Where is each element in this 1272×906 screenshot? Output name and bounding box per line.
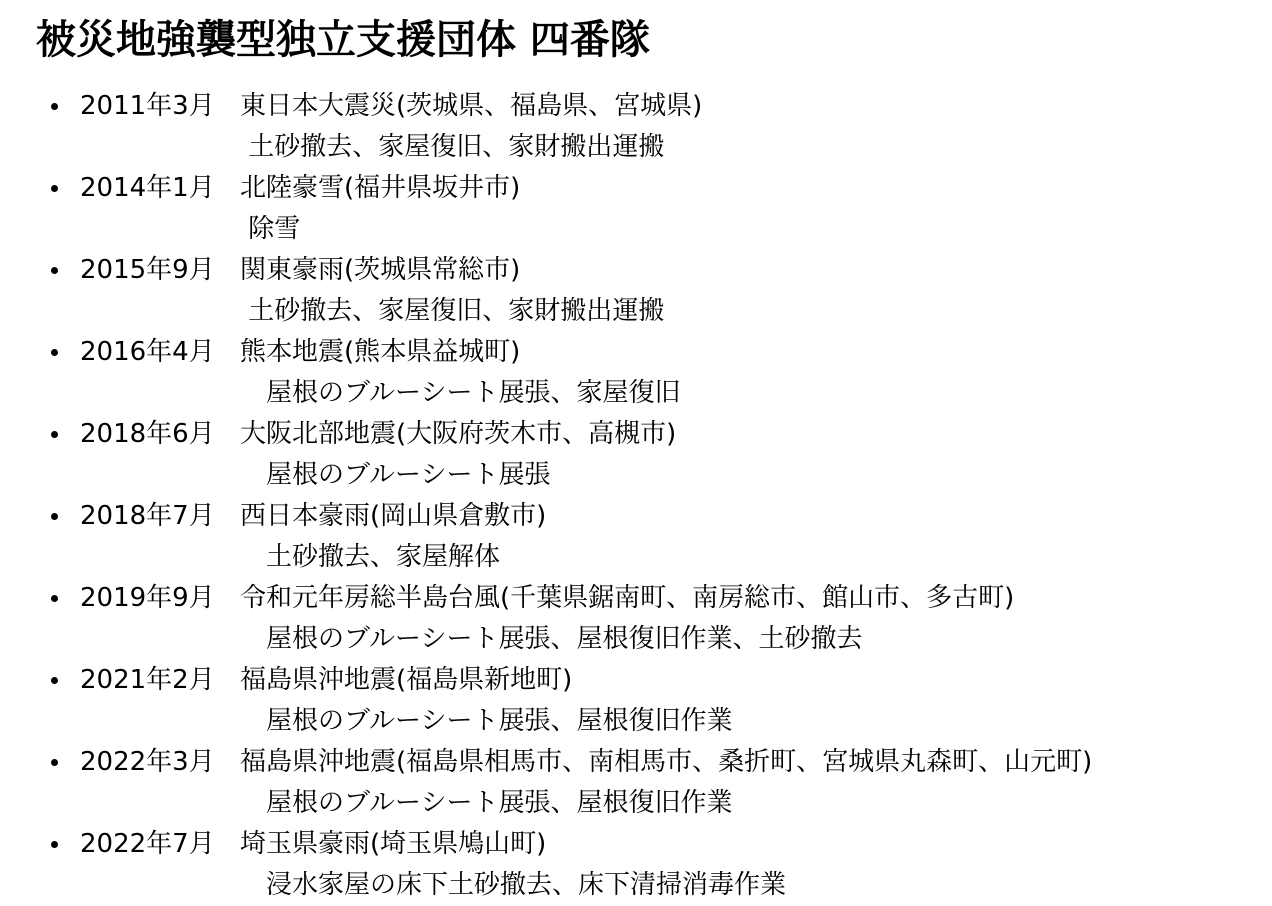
- event-line: 2011年3月東日本大震災(茨城県、福島県、宮城県): [80, 86, 1252, 127]
- event-line: 2018年6月大阪北部地震(大阪府茨木市、高槻市): [80, 414, 1252, 455]
- item-date: 2022年7月: [80, 824, 240, 865]
- item-event: 福島県沖地震(福島県相馬市、南相馬市、桑折町、宮城県丸森町、山元町): [240, 742, 1092, 783]
- item-work: 屋根のブルーシート展張: [240, 455, 1252, 496]
- event-line: 2022年3月福島県沖地震(福島県相馬市、南相馬市、桑折町、宮城県丸森町、山元町…: [80, 742, 1252, 783]
- item-event: 令和元年房総半島台風(千葉県鋸南町、南房総市、館山市、多古町): [240, 578, 1014, 619]
- activity-timeline-list: 2011年3月東日本大震災(茨城県、福島県、宮城県) 土砂撤去、家屋復旧、家財搬…: [36, 86, 1252, 906]
- timeline-item: 2022年3月福島県沖地震(福島県相馬市、南相馬市、桑折町、宮城県丸森町、山元町…: [80, 742, 1252, 824]
- bullet-icon: [51, 103, 58, 110]
- timeline-item: 2015年9月関東豪雨(茨城県常総市) 土砂撤去、家屋復旧、家財搬出運搬: [80, 250, 1252, 332]
- bullet-icon: [51, 185, 58, 192]
- item-event: 北陸豪雪(福井県坂井市): [240, 168, 520, 209]
- item-event: 関東豪雨(茨城県常総市): [240, 250, 520, 291]
- item-date: 2018年7月: [80, 496, 240, 537]
- item-event: 福島県沖地震(福島県新地町): [240, 660, 572, 701]
- bullet-icon: [51, 349, 58, 356]
- event-line: 2015年9月関東豪雨(茨城県常総市): [80, 250, 1252, 291]
- item-date: 2015年9月: [80, 250, 240, 291]
- item-work: 屋根のブルーシート展張、屋根復旧作業: [240, 783, 1252, 824]
- item-event: 熊本地震(熊本県益城町): [240, 332, 520, 373]
- item-date: 2016年4月: [80, 332, 240, 373]
- item-date: 2022年3月: [80, 742, 240, 783]
- event-line: 2022年7月埼玉県豪雨(埼玉県鳩山町): [80, 824, 1252, 865]
- timeline-item: 2014年1月北陸豪雪(福井県坂井市) 除雪: [80, 168, 1252, 250]
- timeline-item: 2016年4月熊本地震(熊本県益城町) 屋根のブルーシート展張、家屋復旧: [80, 332, 1252, 414]
- item-event: 埼玉県豪雨(埼玉県鳩山町): [240, 824, 546, 865]
- item-work: 土砂撤去、家屋復旧、家財搬出運搬: [240, 291, 1252, 332]
- timeline-item: 2022年7月埼玉県豪雨(埼玉県鳩山町) 浸水家屋の床下土砂撤去、床下清掃消毒作…: [80, 824, 1252, 906]
- bullet-icon: [51, 267, 58, 274]
- event-line: 2016年4月熊本地震(熊本県益城町): [80, 332, 1252, 373]
- item-work: 屋根のブルーシート展張、屋根復旧作業、土砂撤去: [240, 619, 1252, 660]
- item-work: 浸水家屋の床下土砂撤去、床下清掃消毒作業: [240, 865, 1252, 906]
- bullet-icon: [51, 841, 58, 848]
- event-line: 2018年7月西日本豪雨(岡山県倉敷市): [80, 496, 1252, 537]
- item-work: 除雪: [240, 209, 1252, 250]
- item-work: 屋根のブルーシート展張、屋根復旧作業: [240, 701, 1252, 742]
- bullet-icon: [51, 431, 58, 438]
- item-date: 2021年2月: [80, 660, 240, 701]
- item-work: 土砂撤去、家屋解体: [240, 537, 1252, 578]
- timeline-item: 2019年9月令和元年房総半島台風(千葉県鋸南町、南房総市、館山市、多古町) 屋…: [80, 578, 1252, 660]
- bullet-icon: [51, 677, 58, 684]
- timeline-item: 2021年2月福島県沖地震(福島県新地町) 屋根のブルーシート展張、屋根復旧作業: [80, 660, 1252, 742]
- timeline-item: 2018年6月大阪北部地震(大阪府茨木市、高槻市) 屋根のブルーシート展張: [80, 414, 1252, 496]
- item-event: 東日本大震災(茨城県、福島県、宮城県): [240, 86, 702, 127]
- item-work: 土砂撤去、家屋復旧、家財搬出運搬: [240, 127, 1252, 168]
- timeline-item: 2018年7月西日本豪雨(岡山県倉敷市) 土砂撤去、家屋解体: [80, 496, 1252, 578]
- bullet-icon: [51, 595, 58, 602]
- bullet-icon: [51, 513, 58, 520]
- bullet-icon: [51, 759, 58, 766]
- item-date: 2014年1月: [80, 168, 240, 209]
- event-line: 2019年9月令和元年房総半島台風(千葉県鋸南町、南房総市、館山市、多古町): [80, 578, 1252, 619]
- item-date: 2011年3月: [80, 86, 240, 127]
- item-work: 屋根のブルーシート展張、家屋復旧: [240, 373, 1252, 414]
- item-event: 大阪北部地震(大阪府茨木市、高槻市): [240, 414, 676, 455]
- event-line: 2014年1月北陸豪雪(福井県坂井市): [80, 168, 1252, 209]
- timeline-item: 2011年3月東日本大震災(茨城県、福島県、宮城県) 土砂撤去、家屋復旧、家財搬…: [80, 86, 1252, 168]
- document-page: 被災地強襲型独立支援団体 四番隊 2011年3月東日本大震災(茨城県、福島県、宮…: [0, 0, 1272, 906]
- event-line: 2021年2月福島県沖地震(福島県新地町): [80, 660, 1252, 701]
- item-date: 2018年6月: [80, 414, 240, 455]
- page-title: 被災地強襲型独立支援団体 四番隊: [36, 16, 1252, 64]
- item-date: 2019年9月: [80, 578, 240, 619]
- item-event: 西日本豪雨(岡山県倉敷市): [240, 496, 546, 537]
